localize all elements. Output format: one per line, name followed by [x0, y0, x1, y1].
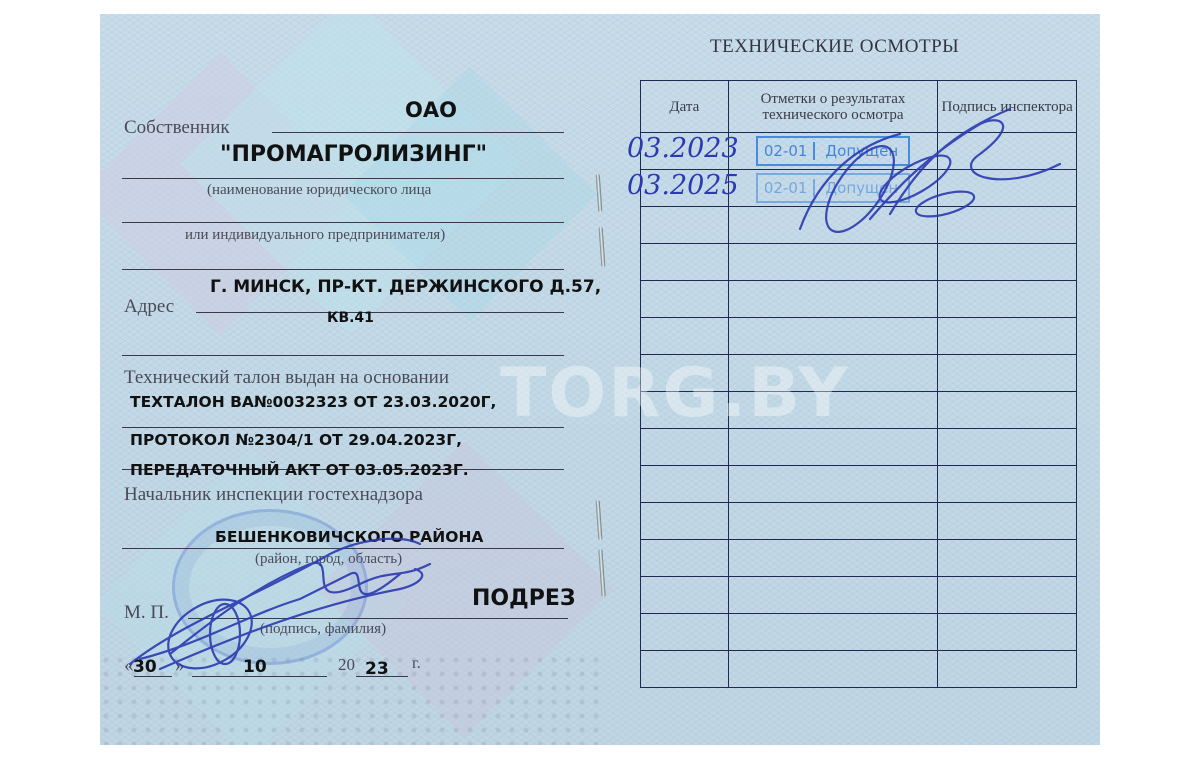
- district-caption: (район, город, область): [255, 551, 402, 568]
- inspection-result-cell: [728, 281, 938, 318]
- address-line2: КВ.41: [327, 310, 374, 326]
- owner-underline: [122, 178, 564, 179]
- inspection-signature-cell: [938, 503, 1077, 540]
- inspection-signature-cell: [938, 577, 1077, 614]
- inspection-date-cell: 03.2023: [641, 133, 729, 170]
- address-underline: [196, 312, 564, 313]
- inspection-signature-cell: [938, 281, 1077, 318]
- inspection-stamp: 02-01Допущен: [756, 136, 910, 166]
- date-year: 23: [365, 659, 389, 679]
- basis-line2: ПРОТОКОЛ №2304/1 ОТ 29.04.2023Г,: [130, 431, 462, 449]
- owner-underline: [122, 222, 564, 223]
- stamp-result: Допущен: [813, 179, 908, 197]
- inspection-row: [641, 244, 1077, 281]
- inspection-stamp: 02-01Допущен: [756, 173, 910, 203]
- inspection-row: [641, 540, 1077, 577]
- inspection-result-cell: [728, 651, 938, 688]
- watermark-text: TORG.BY: [500, 354, 850, 433]
- inspection-signature-cell: [938, 207, 1077, 244]
- inspection-result-cell: [728, 577, 938, 614]
- owner-label: Собственник: [124, 117, 230, 139]
- inspection-result-cell: [728, 466, 938, 503]
- inspection-result-cell: [728, 244, 938, 281]
- inspection-row: [641, 466, 1077, 503]
- inspection-result-cell: 02-01Допущен: [728, 170, 938, 207]
- owner-value-line1: ОАО: [405, 98, 457, 122]
- owner-underline: [272, 132, 564, 133]
- staple-mark: [596, 174, 603, 212]
- inspection-row: [641, 318, 1077, 355]
- inspection-date-cell: [641, 577, 729, 614]
- inspection-row: 03.202502-01Допущен: [641, 170, 1077, 207]
- inspection-result-cell: [728, 614, 938, 651]
- inspection-signature-cell: [938, 355, 1077, 392]
- column-header-date: Дата: [641, 81, 729, 133]
- inspection-signature-cell: [938, 614, 1077, 651]
- inspection-signature-cell: [938, 540, 1077, 577]
- address-underline: [122, 355, 564, 356]
- inspection-date-cell: [641, 207, 729, 244]
- inspection-date-cell: [641, 503, 729, 540]
- inspection-result-cell: [728, 540, 938, 577]
- inspection-row: [641, 503, 1077, 540]
- staple-mark: [599, 227, 606, 267]
- address-label: Адрес: [124, 296, 174, 318]
- inspection-date-cell: [641, 281, 729, 318]
- inspection-date-cell: [641, 540, 729, 577]
- basis-label: Технический талон выдан на основании: [124, 367, 449, 389]
- basis-underline: [122, 427, 564, 428]
- district-underline: [122, 548, 564, 549]
- seal-label: М. П.: [124, 602, 169, 624]
- inspection-result-cell: [728, 429, 938, 466]
- date-month: 10: [243, 657, 267, 677]
- basis-line3: ПЕРЕДАТОЧНЫЙ АКТ ОТ 03.05.2023Г.: [130, 461, 469, 479]
- inspection-result-cell: [728, 503, 938, 540]
- owner-caption-1: (наименование юридического лица: [207, 182, 431, 199]
- inspection-result-cell: 02-01Допущен: [728, 133, 938, 170]
- basis-line1: ТЕХТАЛОН ВА№0032323 ОТ 23.03.2020Г,: [130, 393, 496, 411]
- signature-value: ПОДРЕЗ: [472, 586, 576, 611]
- inspection-row: [641, 429, 1077, 466]
- inspections-title: ТЕХНИЧЕСКИЕ ОСМОТРЫ: [710, 36, 959, 58]
- district-value: БЕШЕНКОВИЧСКОГО РАЙОНА: [215, 528, 483, 546]
- inspection-signature-cell: [938, 651, 1077, 688]
- inspection-result-cell: [728, 207, 938, 244]
- inspection-row: 03.202302-01Допущен: [641, 133, 1077, 170]
- technical-passport-page: Собственник ОАО "ПРОМАГРОЛИЗИНГ" (наимен…: [100, 14, 1100, 745]
- address-line1: Г. МИНСК, ПР-КТ. ДЕРЖИНСКОГО Д.57,: [210, 277, 601, 297]
- owner-caption-2: или индивидуального предпринимателя): [185, 227, 445, 244]
- owner-underline: [122, 269, 564, 270]
- inspection-signature-cell: [938, 392, 1077, 429]
- owner-value-line2: "ПРОМАГРОЛИЗИНГ": [220, 142, 487, 167]
- stamp-result: Допущен: [813, 142, 908, 160]
- date-suffix: г.: [412, 655, 421, 673]
- stamp-code: 02-01: [758, 142, 814, 160]
- signature-caption: (подпись, фамилия): [260, 621, 386, 638]
- inspection-date-cell: [641, 614, 729, 651]
- inspection-row: [641, 207, 1077, 244]
- inspection-row: [641, 614, 1077, 651]
- column-header-signature: Подпись инспектора: [938, 81, 1077, 133]
- date-day: 30: [133, 657, 157, 677]
- handwritten-date: 03.2023: [627, 133, 739, 164]
- inspection-signature-cell: [938, 318, 1077, 355]
- column-header-results: Отметки о результатах технического осмот…: [728, 81, 938, 133]
- inspection-signature-cell: [938, 244, 1077, 281]
- inspection-date-cell: [641, 429, 729, 466]
- inspection-result-cell: [728, 318, 938, 355]
- signature-underline: [188, 618, 568, 619]
- inspection-signature-cell: [938, 170, 1077, 207]
- inspection-signature-cell: [938, 429, 1077, 466]
- handwritten-date: 03.2025: [627, 170, 739, 201]
- inspection-date-cell: 03.2025: [641, 170, 729, 207]
- date-century: 20: [338, 655, 355, 675]
- inspection-date-cell: [641, 244, 729, 281]
- date-day-underline: [134, 676, 172, 677]
- inspection-date-cell: [641, 466, 729, 503]
- inspection-row: [641, 281, 1077, 318]
- inspection-date-cell: [641, 318, 729, 355]
- inspection-date-cell: [641, 651, 729, 688]
- date-close-quote: »: [175, 655, 185, 677]
- inspection-signature-cell: [938, 466, 1077, 503]
- chief-label: Начальник инспекции гостехнадзора: [124, 484, 423, 506]
- inspection-row: [641, 651, 1077, 688]
- stamp-code: 02-01: [758, 179, 814, 197]
- inspection-row: [641, 577, 1077, 614]
- staple-mark: [596, 500, 603, 540]
- inspection-signature-cell: [938, 133, 1077, 170]
